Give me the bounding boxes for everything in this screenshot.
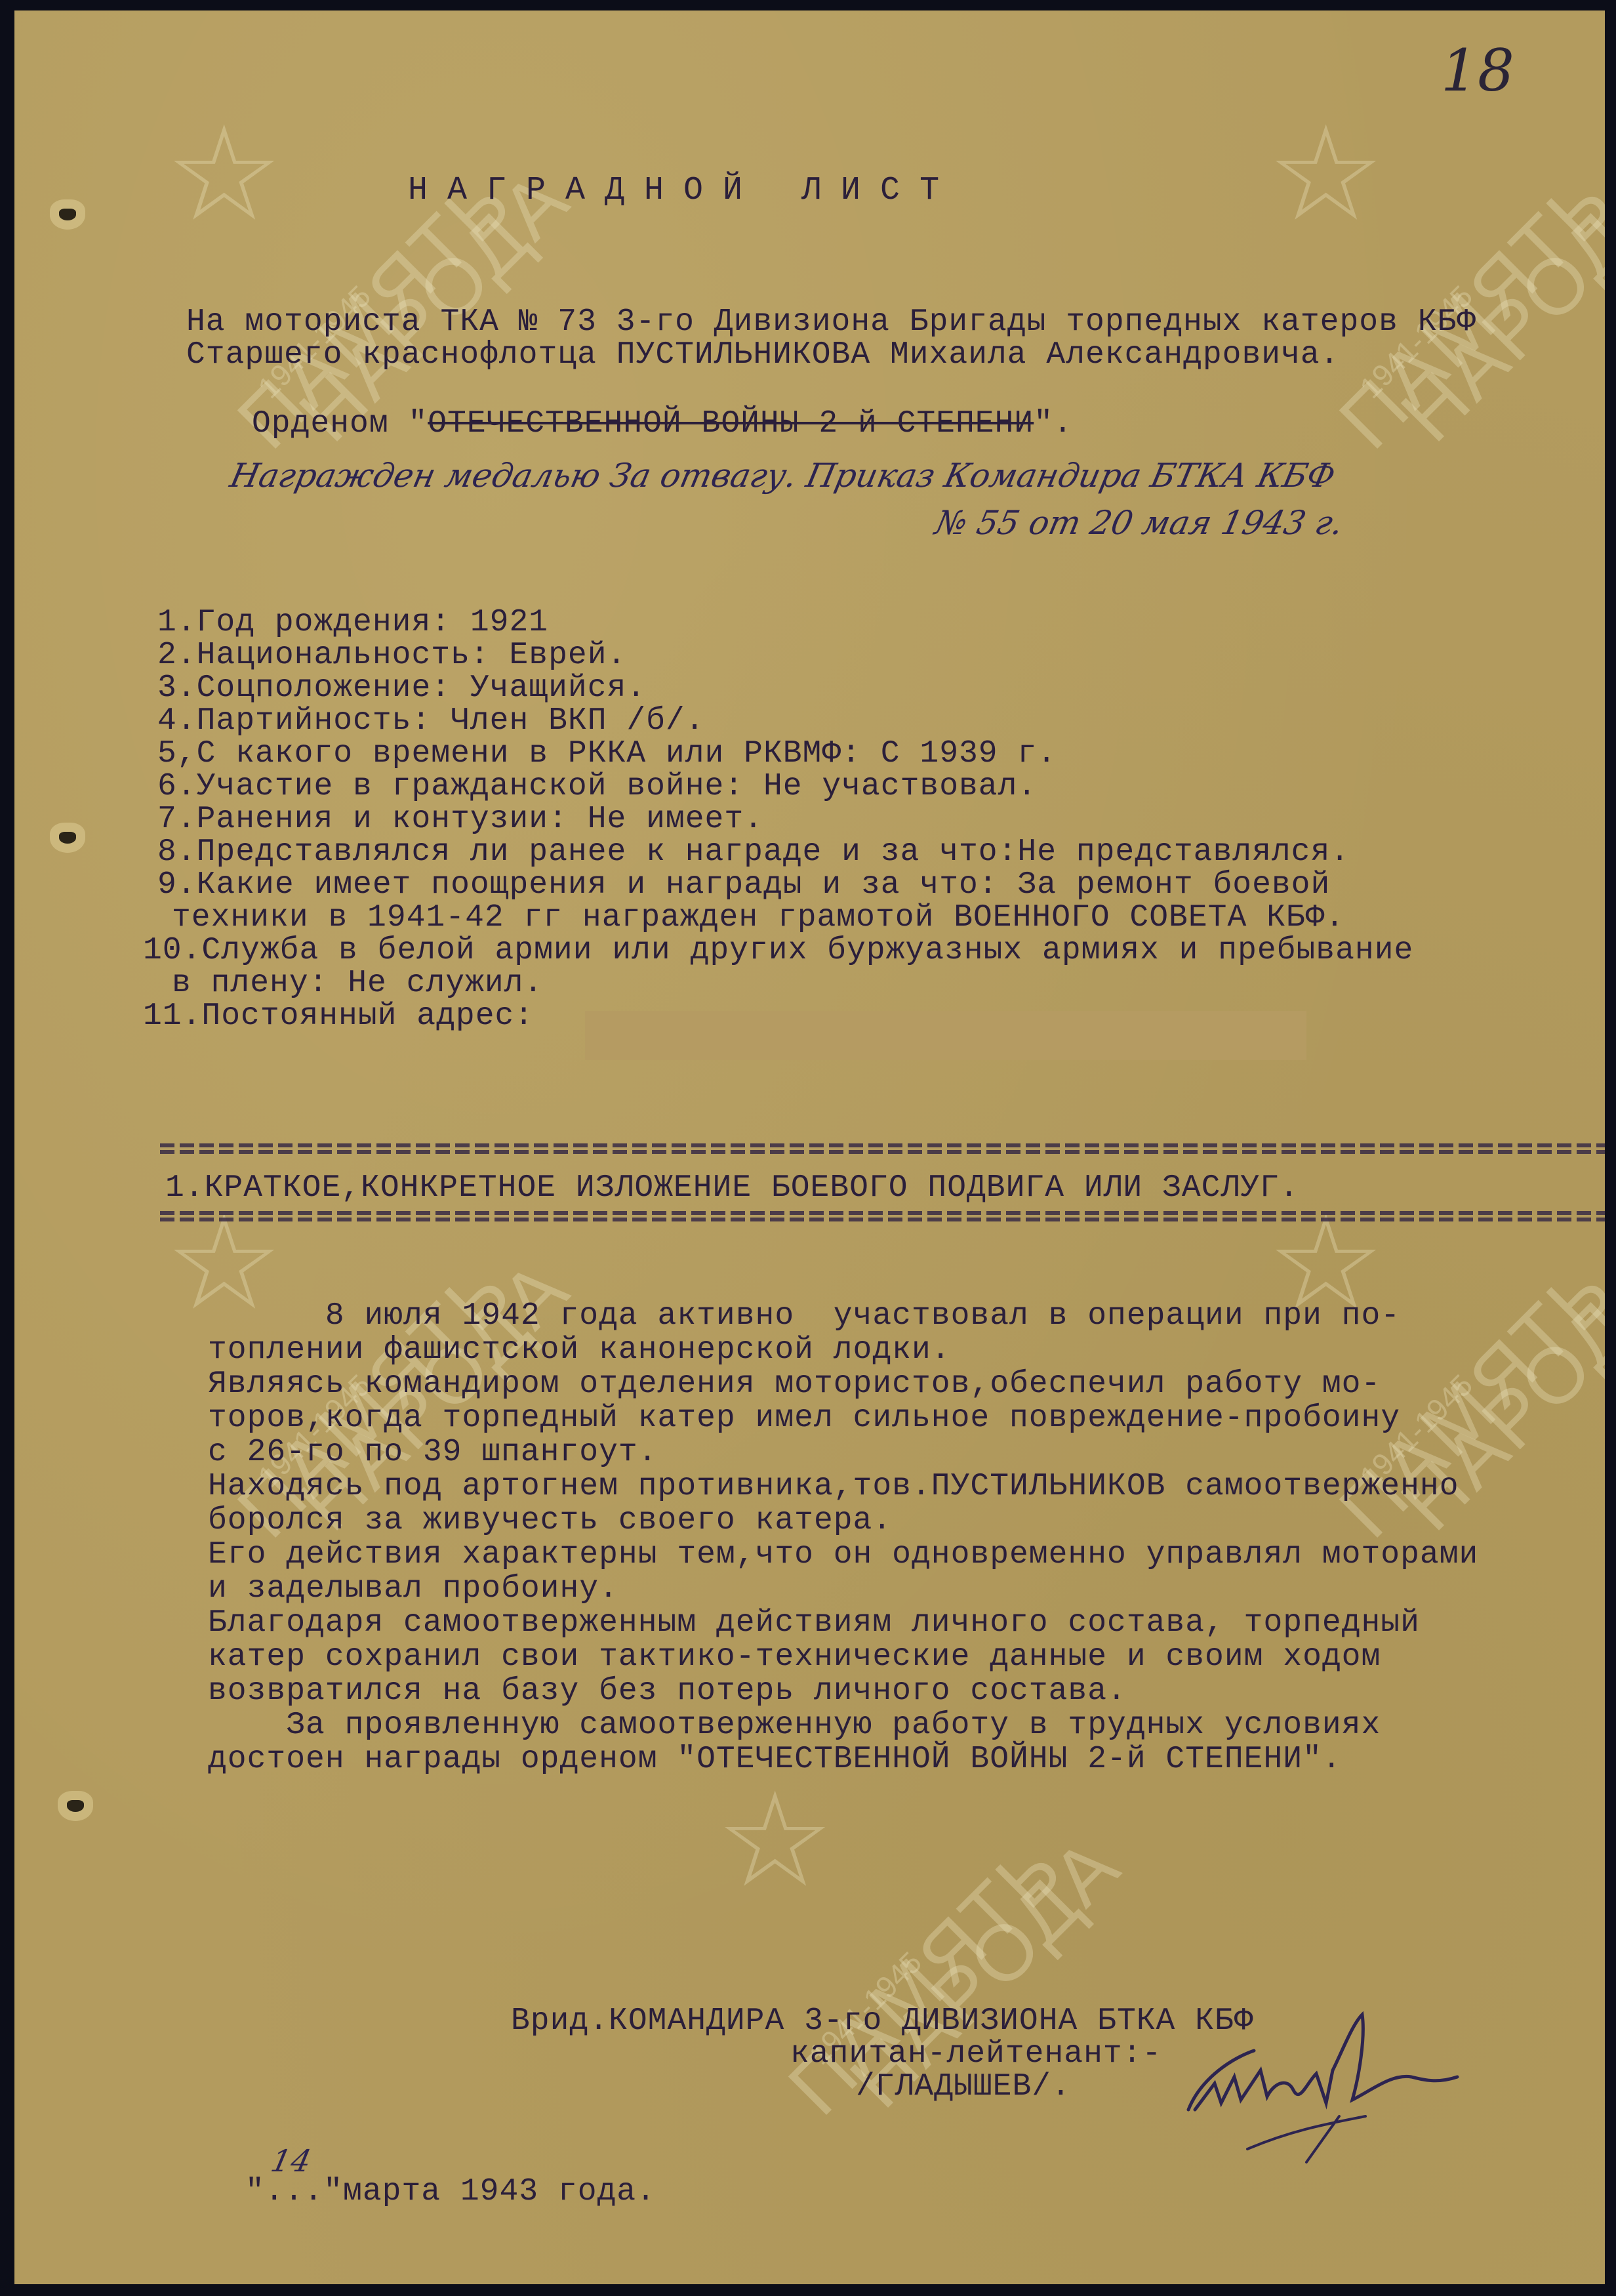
list-item: 9.Какие имеет поощрения и награды и за ч… <box>157 869 1330 901</box>
list-item: 11.Постоянный адрес: <box>143 1000 534 1033</box>
list-item: 7.Ранения и контузии: Не имеет. <box>157 803 763 836</box>
narrative-line: с 26-го по 39 шпангоут. <box>208 1436 658 1469</box>
narrative-line: торов,когда торпедный катер имел сильное… <box>208 1402 1400 1435</box>
handwritten-note-line-1: Награжден медалью За отвагу. Приказ Кома… <box>227 457 1339 495</box>
star-icon: ☆ <box>1267 109 1605 240</box>
order-line: Орденом "ОТЕЧЕСТВЕННОЙ ВОЙНЫ 2-й СТЕПЕНИ… <box>252 407 1073 440</box>
narrative-line: топлении фашистской канонерской лодки. <box>208 1334 951 1366</box>
recipient-line-2: Старшего краснофлотца ПУСТИЛЬНИКОВА Миха… <box>186 338 1339 371</box>
list-item-continuation: техники в 1941-42 гг награжден грамотой … <box>172 901 1344 934</box>
signature-scribble <box>1175 2011 1477 2169</box>
redacted-address <box>585 1011 1306 1060</box>
narrative-line: и заделывал пробоину. <box>208 1572 618 1605</box>
star-icon: ☆ <box>716 1775 1156 1906</box>
list-item: 10.Служба в белой армии или других буржу… <box>143 934 1413 967</box>
narrative-line: Его действия характерны тем,что он однов… <box>208 1538 1478 1571</box>
narrative-line: достоен награды орденом "ОТЕЧЕСТВЕННОЙ В… <box>208 1743 1342 1776</box>
narrative-line: катер сохранил свои тактико-технические … <box>208 1641 1381 1673</box>
recipient-line-1: На моториста ТКА № 73 3-го Дивизиона Бри… <box>186 306 1476 338</box>
document-page: ☆ 1941-1945 ПАМЯТЬ НАРОДА ☆ 1941-1945 ПА… <box>14 10 1605 2284</box>
list-item: 1.Год рождения: 1921 <box>157 606 548 639</box>
signatory-rank: капитан-лейтенант:- <box>790 2038 1161 2070</box>
narrative-line: Благодаря самоотверженным действиям личн… <box>208 1607 1420 1639</box>
punch-hole <box>59 209 76 220</box>
page-number: 18 <box>1441 37 1514 104</box>
divider <box>160 1211 1605 1215</box>
punch-hole <box>67 1800 84 1812</box>
narrative-line: За проявленную самоотверженную работу в … <box>208 1709 1381 1742</box>
list-item: 2.Национальность: Еврей. <box>157 639 626 672</box>
narrative-line: Являясь командиром отделения мотористов,… <box>208 1368 1381 1401</box>
divider <box>160 1143 1605 1147</box>
signatory-name: /ГЛАДЫШЕВ/. <box>856 2070 1071 2103</box>
list-item: 3.Соцположение: Учащийся. <box>157 672 646 705</box>
list-item: 5,С какого времени в РККА или РКВМФ: С 1… <box>157 737 1057 770</box>
list-item-continuation: в плену: Не служил. <box>172 967 543 1000</box>
struck-order-name: ОТЕЧЕСТВЕННОЙ ВОЙНЫ 2-й СТЕПЕНИ <box>428 406 1034 441</box>
watermark: ☆ 1941-1945 ПАМЯТЬ НАРОДА <box>716 1775 1156 2018</box>
date-day: ...14 <box>265 2174 323 2209</box>
document-title: НАГРАДНОЙ ЛИСТ <box>408 174 959 207</box>
handwritten-note-line-2: № 55 от 20 мая 1943 г. <box>932 504 1347 542</box>
punch-hole <box>59 832 76 844</box>
narrative-line: 8 июля 1942 года активно участвовал в оп… <box>208 1300 1400 1332</box>
document-date: "...14"марта 1943 года. <box>245 2175 656 2208</box>
list-item: 8.Представлялся ли ранее к награде и за … <box>157 836 1350 869</box>
list-item: 6.Участие в гражданской войне: Не участв… <box>157 770 1037 803</box>
narrative-line: боролся за живучесть своего катера. <box>208 1504 892 1537</box>
handwritten-day: 14 <box>268 2144 314 2177</box>
signatory-position: Врид.КОМАНДИРА 3-го ДИВИЗИОНА БТКА КБФ <box>511 2005 1254 2038</box>
narrative-line: Находясь под артогнем противника,тов.ПУС… <box>208 1470 1459 1503</box>
section-heading: 1.КРАТКОЕ,КОНКРЕТНОЕ ИЗЛОЖЕНИЕ БОЕВОГО П… <box>165 1172 1299 1204</box>
list-item: 4.Партийность: Член ВКП /б/. <box>157 705 705 737</box>
narrative-line: возвратился на базу без потерь личного с… <box>208 1675 1127 1708</box>
